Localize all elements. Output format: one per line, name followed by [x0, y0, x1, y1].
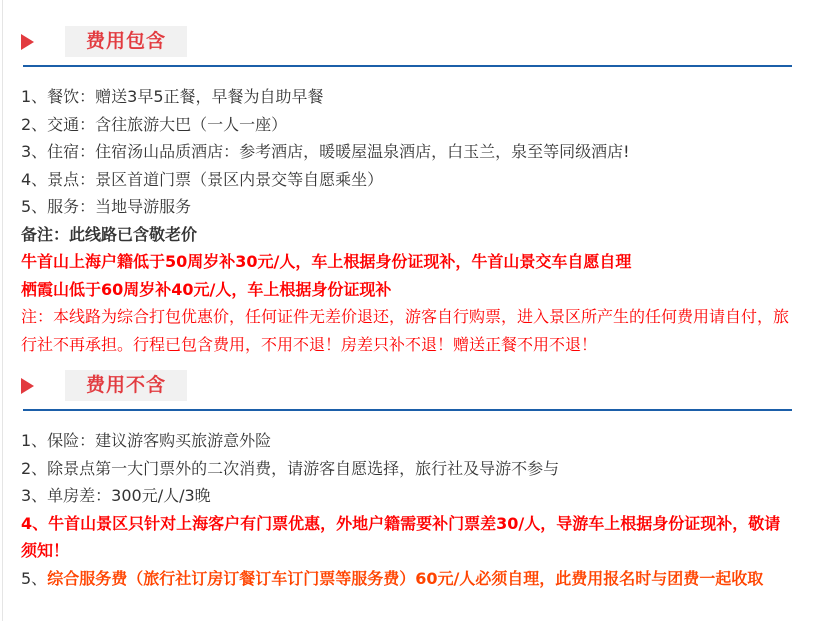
right-triangle-icon — [21, 34, 34, 50]
service-fee-item: 5、综合服务费（旅行社订房订餐订车订门票等服务费）60元/人必须自理，此费用报名… — [21, 565, 792, 593]
fee-included-note: 备注：此线路已含敬老价 — [21, 221, 792, 249]
package-price-disclaimer: 注：本线路为综合打包优惠价，任何证件无差价退还，游客自行购票，进入景区所产生的任… — [21, 303, 792, 358]
fee-included-item: 1、餐饮：赠送3早5正餐，早餐为自助早餐 — [21, 83, 792, 111]
fee-included-title: 费用包含 — [65, 26, 187, 57]
fee-included-body: 1、餐饮：赠送3早5正餐，早餐为自助早餐 2、交通：含往旅游大巴（一人一座） 3… — [21, 83, 792, 358]
ticket-surcharge-warning: 4、牛首山景区只针对上海客户有门票优惠，外地户籍需要补门票差30/人，导游车上根… — [21, 510, 792, 565]
fee-excluded-item: 2、除景点第一大门票外的二次消费，请游客自愿选择，旅行社及导游不参与 — [21, 455, 792, 483]
fee-excluded-title: 费用不含 — [65, 370, 187, 401]
fee-included-item: 4、景点：景区首道门票（景区内景交等自愿乘坐） — [21, 166, 792, 194]
fee-included-section: 费用包含 1、餐饮：赠送3早5正餐，早餐为自助早餐 2、交通：含往旅游大巴（一人… — [21, 26, 792, 358]
fee-excluded-item: 1、保险：建议游客购买旅游意外险 — [21, 427, 792, 455]
fee-included-item: 5、服务：当地导游服务 — [21, 193, 792, 221]
fee-excluded-body: 1、保险：建议游客购买旅游意外险 2、除景点第一大门票外的二次消费，请游客自愿选… — [21, 427, 792, 592]
fee-excluded-header: 费用不含 — [21, 370, 792, 401]
service-fee-text: 综合服务费（旅行社订房订餐订车订门票等服务费）60元/人必须自理，此费用报名时与… — [47, 569, 763, 588]
age-surcharge-warning: 牛首山上海户籍低于50周岁补30元/人，车上根据身份证现补，牛首山景交车自愿自理 — [21, 248, 792, 276]
age-surcharge-warning: 栖霞山低于60周岁补40元/人，车上根据身份证现补 — [21, 276, 792, 304]
right-triangle-icon — [21, 378, 34, 394]
fee-info-panel: 费用包含 1、餐饮：赠送3早5正餐，早餐为自助早餐 2、交通：含往旅游大巴（一人… — [2, 0, 820, 621]
fee-excluded-item: 3、单房差：300元/人/3晚 — [21, 482, 792, 510]
fee-included-item: 3、住宿：住宿汤山品质酒店：参考酒店，暖暖屋温泉酒店，白玉兰，泉至等同级酒店! — [21, 138, 792, 166]
service-fee-number: 5、 — [21, 569, 47, 588]
fee-included-item: 2、交通：含往旅游大巴（一人一座） — [21, 111, 792, 139]
fee-excluded-section: 费用不含 1、保险：建议游客购买旅游意外险 2、除景点第一大门票外的二次消费，请… — [21, 370, 792, 592]
fee-included-header: 费用包含 — [21, 26, 792, 57]
section-divider — [23, 65, 792, 67]
section-divider — [23, 409, 792, 411]
